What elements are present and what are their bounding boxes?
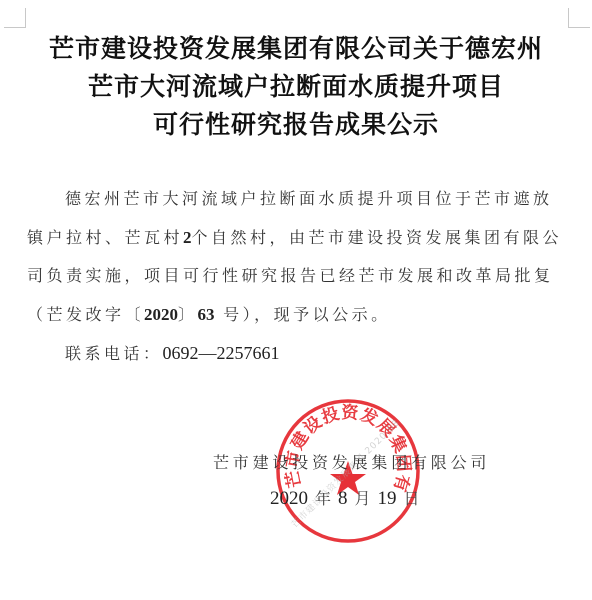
date-month: 8 — [338, 488, 348, 509]
date-month-unit: 月 — [348, 489, 378, 508]
body-line-4-part-b: 〕 — [178, 305, 198, 324]
corner-mark-top-left — [4, 8, 26, 28]
issue-date: 2020年8月19日 — [270, 486, 427, 510]
body-line-3: 司负责实施，项目可行性研究报告已经芒市发展和改革局批复 — [27, 257, 572, 296]
body-line-2-part-a: 镇户拉村、芒瓦村 — [27, 228, 183, 247]
date-day-unit: 日 — [397, 489, 427, 508]
contact-label: 联系电话： — [65, 344, 163, 363]
body-line-1: 德宏州芒市大河流域户拉断面水质提升项目位于芒市遮放 — [27, 180, 572, 219]
title-line-1: 芒市建设投资发展集团有限公司关于德宏州 — [0, 30, 592, 68]
contact-line: 联系电话：0692—2257661 — [27, 334, 572, 374]
contact-phone: 0692—2257661 — [163, 343, 280, 363]
corner-mark-top-right — [568, 8, 590, 28]
date-year: 2020 — [270, 488, 308, 509]
body-line-4: （芒发改字〔2020〕63 号），现予以公示。 — [27, 296, 572, 335]
body-line-2: 镇户拉村、芒瓦村2个自然村，由芒市建设投资发展集团有限公 — [27, 219, 572, 258]
village-count: 2 — [183, 228, 192, 247]
date-year-unit: 年 — [308, 489, 338, 508]
body-line-2-part-b: 个自然村，由芒市建设投资发展集团有限公 — [192, 228, 563, 247]
issuer-company: 芒市建设投资发展集团有限公司 — [213, 450, 490, 473]
document-body: 德宏州芒市大河流域户拉断面水质提升项目位于芒市遮放 镇户拉村、芒瓦村2个自然村，… — [27, 180, 572, 374]
approval-year: 2020 — [144, 305, 178, 324]
body-line-4-part-c: 号），现予以公示。 — [223, 305, 391, 324]
date-day: 19 — [378, 488, 397, 509]
title-line-3: 可行性研究报告成果公示 — [0, 106, 592, 144]
title-line-2: 芒市大河流域户拉断面水质提升项目 — [0, 68, 592, 106]
body-line-4-part-a: （芒发改字〔 — [27, 305, 144, 324]
approval-number: 63 — [198, 305, 215, 324]
document-title: 芒市建设投资发展集团有限公司关于德宏州 芒市大河流域户拉断面水质提升项目 可行性… — [0, 30, 592, 144]
